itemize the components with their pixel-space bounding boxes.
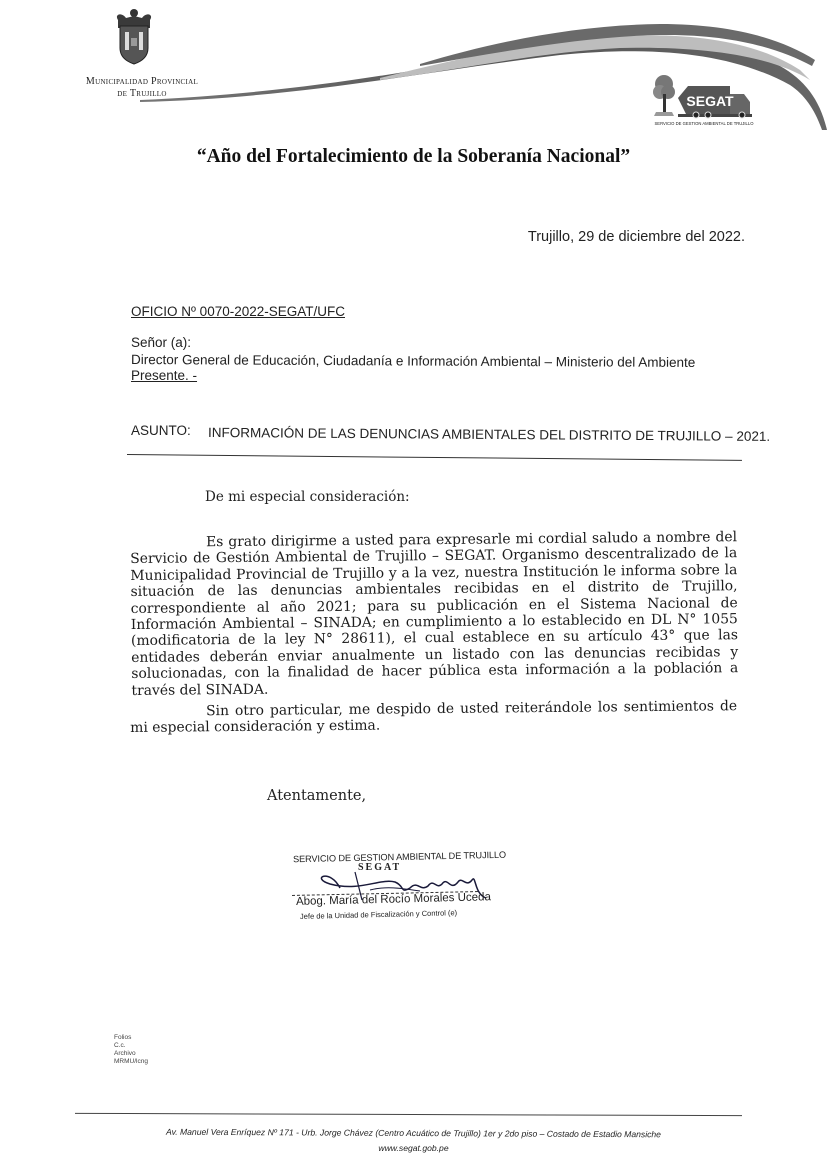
date-line: Trujillo, 29 de diciembre del 2022.: [528, 229, 745, 245]
greeting: De mi especial consideración:: [205, 489, 410, 505]
subject-text: INFORMACIÓN DE LAS DENUNCIAS AMBIENTALES…: [208, 425, 770, 444]
subject-label: ASUNTO:: [131, 423, 191, 438]
svg-text:SEGAT: SEGAT: [686, 93, 734, 109]
svg-text:SERVICIO DE GESTION AMBIENTAL: SERVICIO DE GESTION AMBIENTAL DE TRUJILL…: [655, 121, 755, 126]
coat-of-arms-icon: [112, 8, 156, 66]
reference-line: Folios: [114, 1034, 148, 1042]
reference-line: C.c.: [114, 1042, 148, 1050]
closing-paragraph: Sin otro particular, me despido de usted…: [130, 698, 737, 737]
references-block: Folios C.c. Archivo MRMU/lcng: [114, 1034, 148, 1066]
municipality-name: Municipalidad Provincial de Trujillo: [72, 76, 212, 100]
subject-divider: [127, 454, 742, 461]
municipality-name-line1: Municipalidad Provincial: [72, 76, 212, 88]
recipient-position: Director General de Educación, Ciudadaní…: [131, 352, 695, 370]
municipality-name-line2: de Trujillo: [72, 88, 212, 100]
oficio-number: OFICIO Nº 0070-2022-SEGAT/UFC: [131, 304, 345, 319]
sign-off: Atentamente,: [267, 788, 366, 804]
body-paragraph: Es grato dirigirme a usted para expresar…: [130, 529, 739, 699]
reference-line: Archivo: [114, 1050, 148, 1058]
recipient-presente: Presente. -: [131, 368, 197, 383]
footer-divider: [75, 1113, 742, 1116]
reference-line: MRMU/lcng: [114, 1058, 148, 1066]
year-motto: “Año del Fortalecimiento de la Soberanía…: [0, 146, 827, 168]
tree-icon: [653, 75, 675, 116]
footer-address: Av. Manuel Vera Enríquez Nº 171 - Urb. J…: [0, 1126, 827, 1140]
signer-title: Jefe de la Unidad de Fiscalización y Con…: [300, 908, 457, 921]
segat-logo: SEGAT SERVICIO DE GESTION AMBIENTAL DE T…: [652, 68, 756, 128]
footer-website: www.segat.gob.pe: [0, 1143, 827, 1153]
recipient-salutation: Señor (a):: [131, 335, 191, 350]
